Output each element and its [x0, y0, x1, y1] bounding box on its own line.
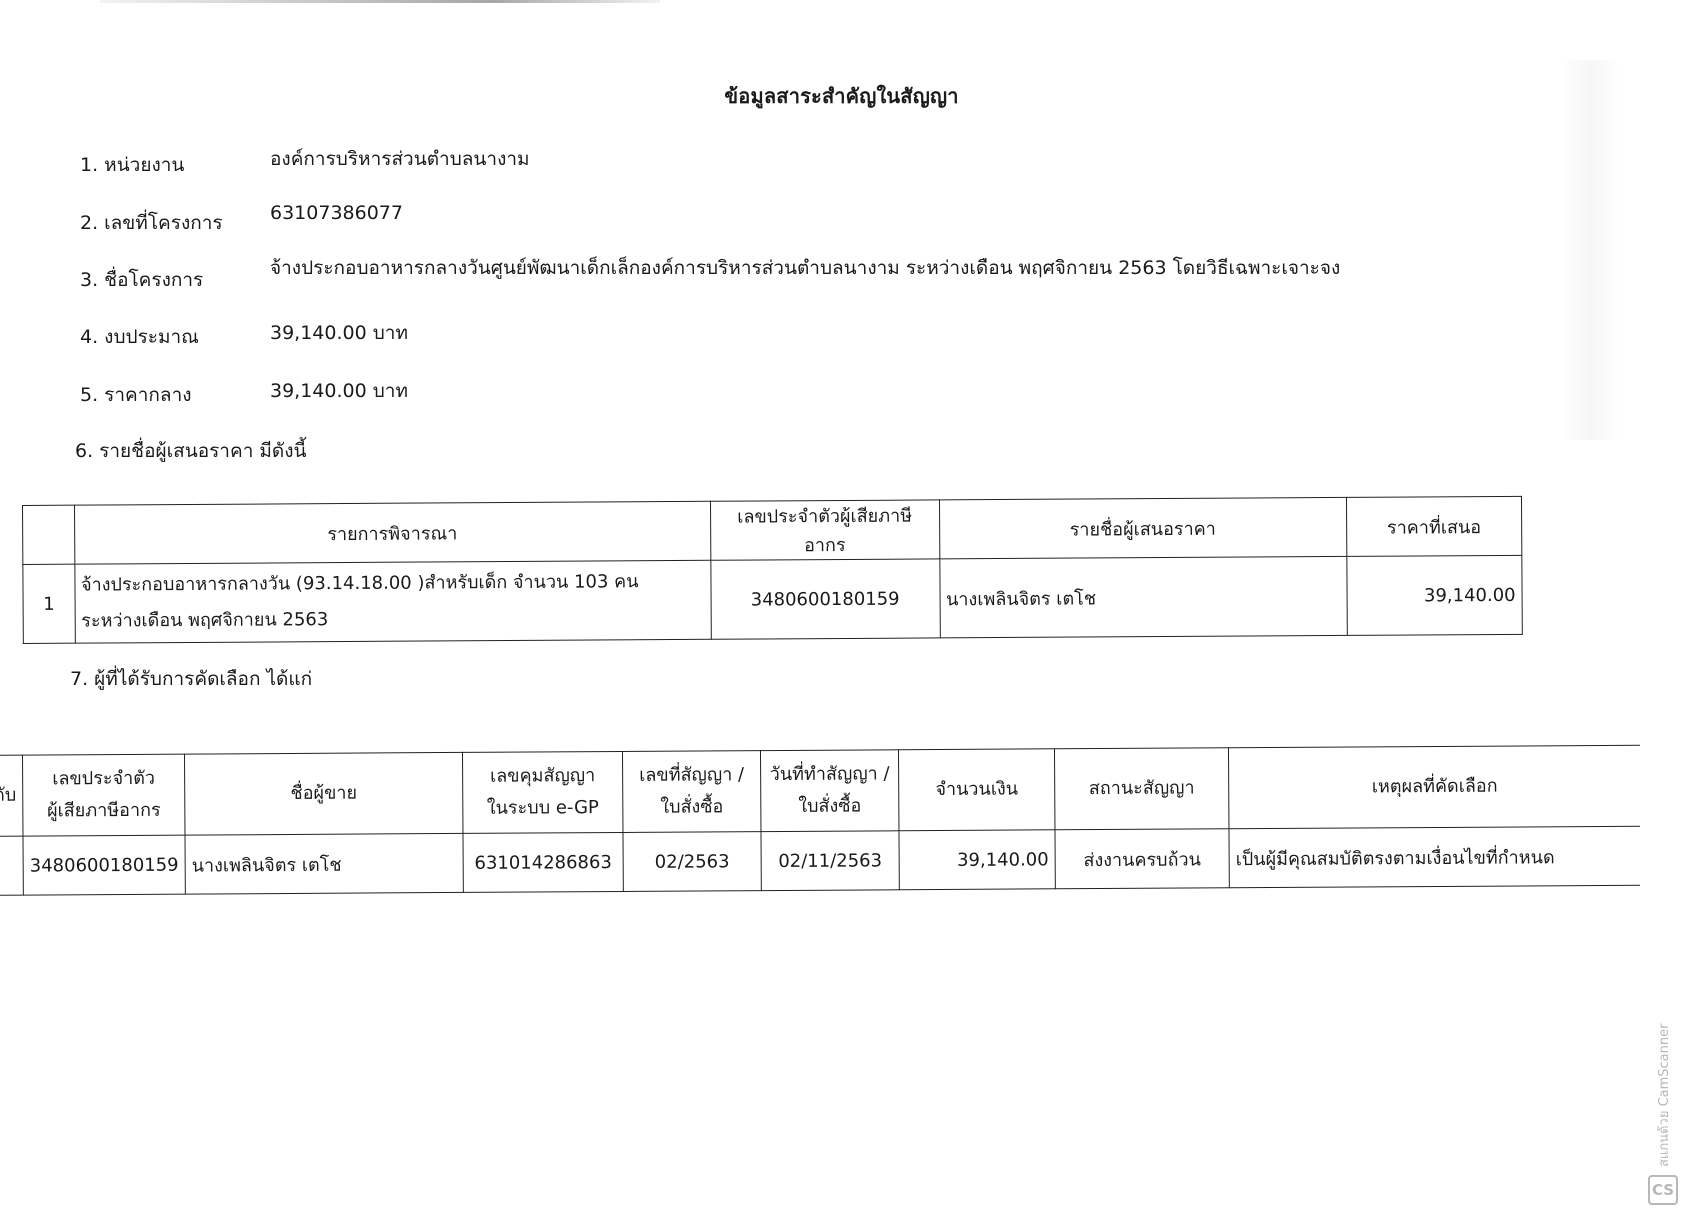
tax-id: 3480600180159	[710, 559, 939, 639]
column-header: เหตุผลที่คัดเลือก	[1228, 745, 1640, 829]
bidders-heading: 6. รายชื่อผู้เสนอราคา มีดังนี้	[75, 436, 307, 466]
item-description: จ้างประกอบอาหารกลางวัน (93.14.18.00 )สำห…	[74, 560, 711, 643]
table-header-row: รายการพิจารณา เลขประจำตัวผู้เสียภาษีอากร…	[23, 496, 1522, 564]
row-number	[0, 836, 23, 895]
column-header: วันที่ทำสัญญา / ใบสั่งซื้อ	[760, 750, 898, 832]
field-label: 5. ราคากลาง	[80, 380, 192, 410]
winner-table: ลำดับ เลขประจำตัว ผู้เสียภาษีอากร ชื่อผู…	[0, 745, 1642, 896]
column-header: ชื่อผู้ขาย	[184, 752, 462, 835]
egp-contract-number: 631014286863	[463, 832, 623, 892]
column-header: จำนวนเงิน	[898, 749, 1054, 831]
column-header: รายการพิจารณา	[74, 501, 710, 564]
column-header	[23, 505, 75, 564]
bidders-table: รายการพิจารณา เลขประจำตัวผู้เสียภาษีอากร…	[22, 496, 1523, 644]
selection-reason: เป็นผู้มีคุณสมบัติตรงตามเงื่อนไขที่กำหนด	[1229, 826, 1641, 888]
header-line: เลขคุมสัญญา	[469, 760, 616, 793]
scan-shadow-artifact	[1560, 60, 1620, 440]
field-label: 2. เลขที่โครงการ	[80, 208, 223, 238]
column-header: เลขที่สัญญา / ใบสั่งซื้อ	[622, 751, 760, 833]
winner-heading: 7. ผู้ที่ได้รับการคัดเลือก ได้แก่	[70, 664, 312, 694]
scanned-document-page: ข้อมูลสาระสำคัญในสัญญา 1. หน่วยงาน องค์ก…	[0, 0, 1683, 1224]
offered-price: 39,140.00	[1347, 555, 1523, 635]
column-header: เลขประจำตัวผู้เสียภาษีอากร	[710, 500, 939, 560]
tax-id: 3480600180159	[23, 835, 185, 895]
column-header: ลำดับ	[0, 755, 23, 836]
header-line: วันที่ทำสัญญา /	[767, 758, 892, 791]
field-value: จ้างประกอบอาหารกลางวันศูนย์พัฒนาเด็กเล็ก…	[270, 253, 1340, 283]
camscanner-watermark: CS สแกนด้วย CamScanner	[1648, 1024, 1678, 1205]
page-edge-crop	[1640, 720, 1683, 910]
header-line: ในระบบ e-GP	[469, 792, 616, 825]
table-row: 3480600180159 นางเพลินจิตร เตโช 63101428…	[0, 826, 1641, 895]
camscanner-logo-icon: CS	[1648, 1175, 1678, 1205]
field-label: 1. หน่วยงาน	[80, 150, 184, 180]
table-header-row: ลำดับ เลขประจำตัว ผู้เสียภาษีอากร ชื่อผู…	[0, 745, 1641, 836]
contract-amount: 39,140.00	[899, 830, 1055, 890]
header-line: เลขที่สัญญา /	[629, 759, 754, 792]
row-number: 1	[23, 564, 75, 643]
field-value: 39,140.00 บาท	[270, 318, 408, 348]
contract-status: ส่งงานครบถ้วน	[1055, 829, 1229, 889]
header-line: ใบสั่งซื้อ	[767, 790, 892, 823]
header-line: เลขประจำตัว	[29, 763, 178, 796]
field-label: 3. ชื่อโครงการ	[80, 265, 203, 295]
column-header: เลขคุมสัญญา ในระบบ e-GP	[462, 751, 622, 833]
scan-edge-artifact	[100, 0, 660, 3]
column-header: เลขประจำตัว ผู้เสียภาษีอากร	[23, 754, 185, 836]
header-line: ผู้เสียภาษีอากร	[29, 795, 178, 828]
field-value: 39,140.00 บาท	[270, 376, 408, 406]
field-label: 4. งบประมาณ	[80, 322, 199, 352]
column-header: สถานะสัญญา	[1054, 748, 1228, 830]
contract-number: 02/2563	[623, 832, 761, 892]
field-value: 63107386077	[270, 202, 403, 224]
field-value: องค์การบริหารส่วนตำบลนางาม	[270, 144, 530, 174]
header-line: ใบสั่งซื้อ	[629, 791, 754, 824]
bidder-name: นางเพลินจิตร เตโช	[939, 556, 1347, 637]
table-row: 1 จ้างประกอบอาหารกลางวัน (93.14.18.00 )ส…	[23, 555, 1522, 643]
watermark-text: สแกนด้วย CamScanner	[1653, 1024, 1674, 1167]
column-header: รายชื่อผู้เสนอราคา	[939, 497, 1347, 558]
column-header: ราคาที่เสนอ	[1346, 496, 1522, 556]
seller-name: นางเพลินจิตร เตโช	[185, 833, 463, 894]
document-title: ข้อมูลสาระสำคัญในสัญญา	[0, 80, 1683, 112]
contract-date: 02/11/2563	[761, 831, 899, 891]
